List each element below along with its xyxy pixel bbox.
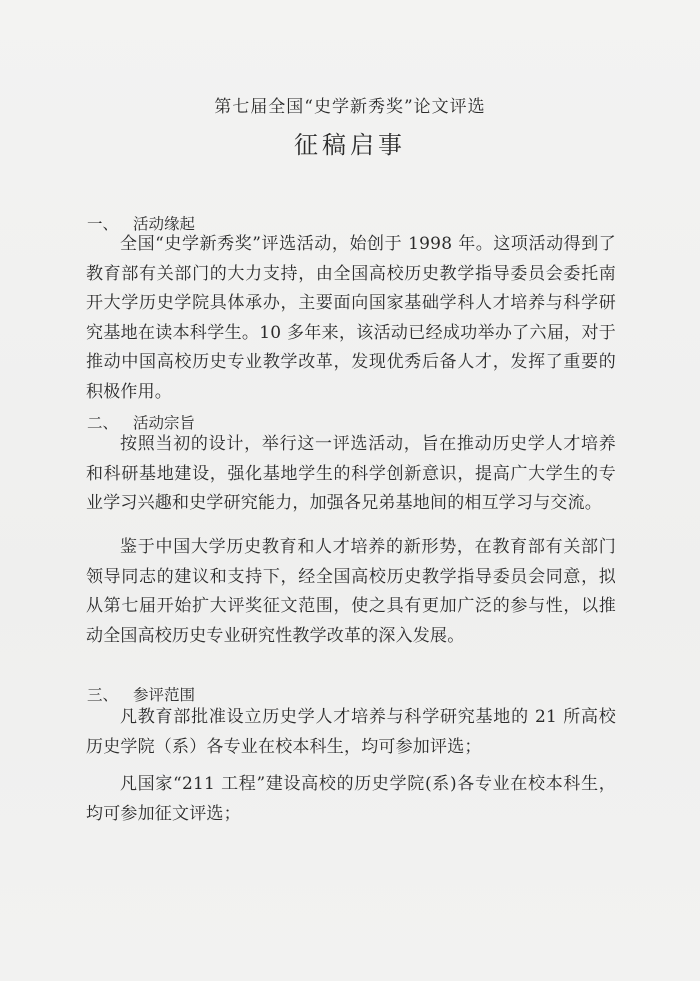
document-subtitle: 第七届全国“史学新秀奖”论文评选 (0, 92, 700, 117)
paragraph-1-1: 全国“史学新秀奖”评选活动，始创于 1998 年。这项活动得到了教育部有关部门的… (86, 230, 616, 407)
paragraph-2-1: 按照当初的设计，举行这一评选活动，旨在推动历史学人才培养和科研基地建设，强化基地… (86, 430, 616, 519)
section-heading-3: 三、参评范围 (87, 683, 195, 705)
section-heading-text: 参评范围 (133, 686, 195, 704)
document-page: 第七届全国“史学新秀奖”论文评选 征稿启事 一、活动缘起 全国“史学新秀奖”评选… (0, 0, 700, 981)
section-number: 三、 (87, 683, 133, 705)
paragraph-3-1: 凡教育部批准设立历史学人才培养与科学研究基地的 21 所高校历史学院（系）各专业… (86, 703, 616, 762)
document-title: 征稿启事 (0, 125, 700, 160)
paragraph-2-2: 鉴于中国大学历史教育和人才培养的新形势，在教育部有关部门领导同志的建议和支持下，… (86, 533, 616, 651)
paragraph-3-2: 凡国家“211 工程”建设高校的历史学院(系)各专业在校本科生，均可参加征文评选… (86, 770, 616, 829)
